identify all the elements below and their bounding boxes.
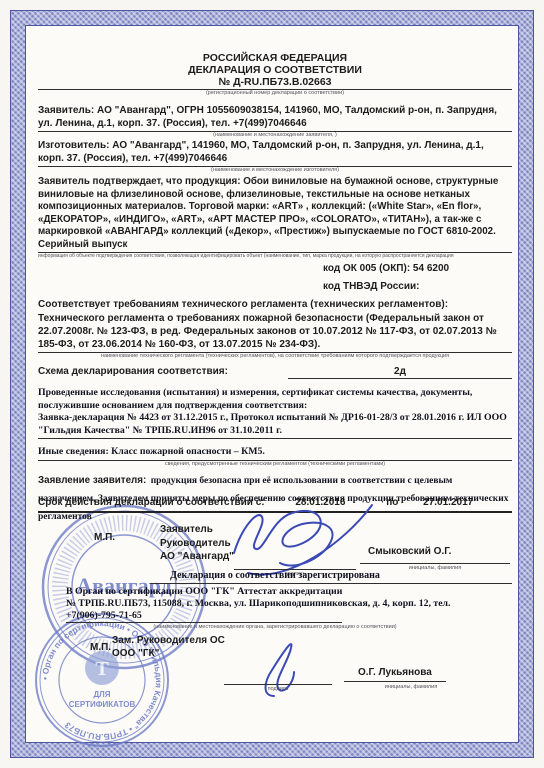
registered-underline: [150, 583, 512, 584]
cert-org-caption: (наименование и местонахождение органа, …: [38, 624, 512, 631]
signer1-name: Смыковский О.Г.: [368, 545, 451, 558]
registered-statement: Декларация о соответствии зарегистрирова…: [38, 570, 512, 583]
cert-org-phone: +7(906)-795-71-65: [66, 610, 342, 623]
regulations-text: Технического регламента о требованиях по…: [38, 312, 512, 353]
signer2-name: О.Г. Лукьянова: [344, 666, 446, 682]
okp-code: код ОК 005 (ОКП): 54 6200: [323, 262, 449, 275]
product-caption: информация об объекте подтверждения соот…: [38, 253, 512, 260]
scheme-label: Схема декларирования соответствия:: [38, 365, 288, 379]
cert-org-line2: № ТРПБ.RU.ПБ73, 115088, г. Москва, ул. Ш…: [66, 598, 512, 610]
product-text: Заявитель подтверждает, что продукция: О…: [38, 176, 498, 237]
document-header: РОССИЙСКАЯ ФЕДЕРАЦИЯ ДЕКЛАРАЦИЯ О СООТВЕ…: [38, 52, 512, 97]
applicant-text: Заявитель: АО "Авангард", ОГРН 105560903…: [38, 104, 512, 132]
tnved-code: код ТНВЭД России:: [323, 280, 419, 293]
scheme-value: 2д: [288, 365, 512, 379]
regulations-heading: Соответствует требованиям технического р…: [38, 298, 512, 311]
other-info-caption: сведения, предусмотренные техническим ре…: [38, 461, 512, 468]
signature2-line: [224, 684, 332, 685]
statement-label: Заявление заявителя:: [38, 475, 146, 486]
country-line: РОССИЙСКАЯ ФЕДЕРАЦИЯ: [38, 52, 512, 64]
research-basis: Заявка-декларация № 4423 от 31.12.2015 г…: [38, 412, 512, 439]
signer2-role-2: ООО "ГК": [112, 647, 225, 660]
signer2-name-caption: инициалы, фамилия: [338, 684, 484, 690]
validity-label: Срок действия декларации о соответствии …: [38, 496, 265, 509]
manufacturer-text: Изготовитель: АО "Авангард", 141960, МО,…: [38, 139, 512, 167]
other-info-text: Иные сведения: Класс пожарной опасности …: [38, 446, 512, 461]
manufacturer-caption: (наименование и местонахождение изготови…: [38, 167, 512, 174]
signer1-role-1: Заявитель: [160, 523, 234, 537]
validity-from-date: 28.01.2016: [295, 496, 345, 509]
regulations-caption: наименование технического регламента (те…: [38, 353, 512, 360]
signature2-caption: подпись: [224, 686, 332, 692]
validity-to-word: по: [386, 496, 398, 509]
registration-number: № Д-RU.ПБ73.В.02663: [38, 76, 512, 90]
signer1-role-2: Руководитель: [160, 537, 234, 551]
signer2-role-1: Зам. Руководителя ОС: [112, 634, 225, 647]
applicant-caption: (наименование и местонахождение заявител…: [38, 132, 512, 139]
mp-seal-label-2: М.П.: [90, 641, 111, 654]
signer1-name-line: [360, 563, 510, 564]
declaration-document-page: Авангард • Орган по сертификации • ООО "…: [0, 0, 544, 768]
document-content: Авангард • Орган по сертификации • ООО "…: [38, 0, 512, 768]
research-heading: Проведенные исследования (испытания) и и…: [38, 387, 512, 412]
validity-to-date: 27.01.2017: [423, 496, 473, 509]
page-title: ДЕКЛАРАЦИЯ О СООТВЕТСТВИИ: [38, 64, 512, 76]
signer1-role-3: АО "Авангард": [160, 550, 234, 564]
mp-seal-label-1: М.П.: [94, 531, 115, 544]
registration-number-caption: (регистрационный номер декларации о соот…: [38, 90, 512, 97]
serial-issue-text: Серийный выпуск: [38, 239, 512, 254]
cert-org-line1: В Орган по сертификации ООО "ГК" Аттеста…: [66, 586, 512, 598]
